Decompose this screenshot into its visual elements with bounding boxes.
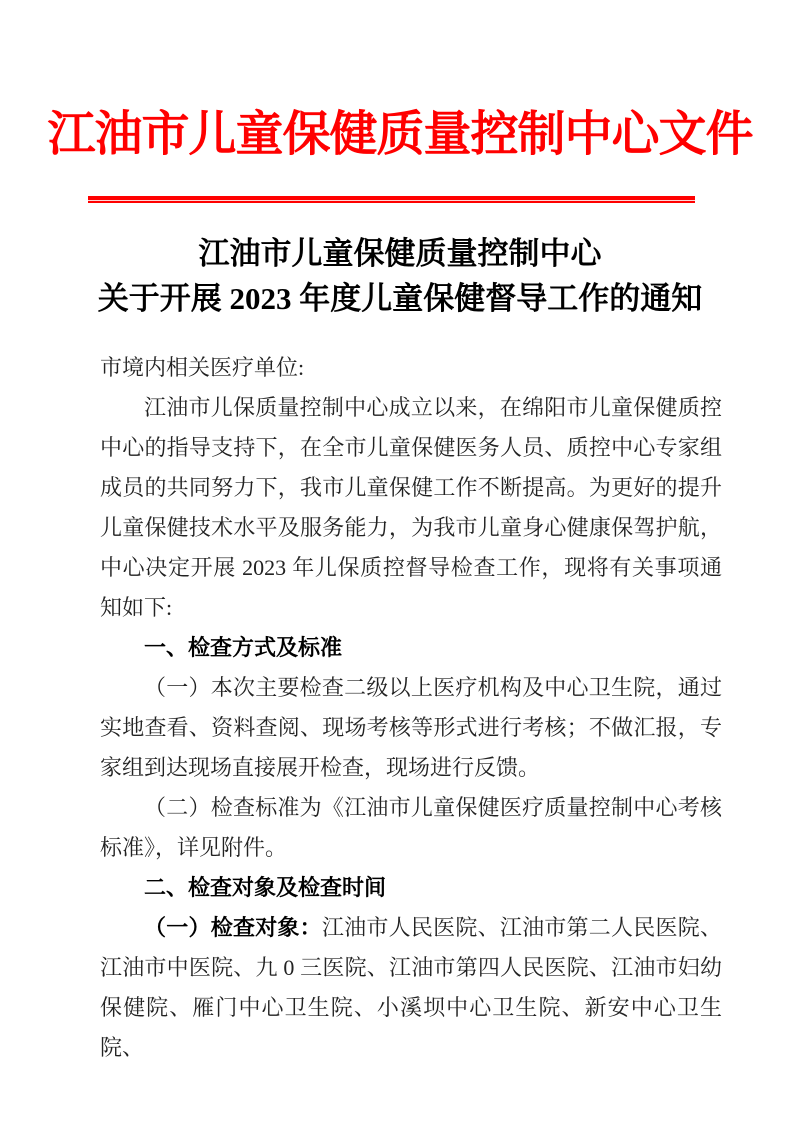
document-title-line1: 江油市儿童保健质量控制中心 bbox=[199, 236, 602, 271]
inspection-targets-label: （一）检查对象： bbox=[144, 915, 322, 940]
section-1-heading: 一、检查方式及标准 bbox=[100, 628, 722, 668]
document-title-line2: 关于开展 2023 年度儿童保健督导工作的通知 bbox=[98, 281, 703, 316]
red-divider-thin-stripe bbox=[88, 201, 695, 203]
salutation: 市境内相关医疗单位: bbox=[100, 348, 722, 388]
intro-paragraph: 江油市儿保质量控制中心成立以来，在绵阳市儿童保健质控中心的指导支持下，在全市儿童… bbox=[100, 388, 722, 628]
document-title: 江油市儿童保健质量控制中心 关于开展 2023 年度儿童保健督导工作的通知 bbox=[40, 231, 760, 321]
document-body: 市境内相关医疗单位: 江油市儿保质量控制中心成立以来，在绵阳市儿童保健质控中心的… bbox=[100, 348, 722, 1068]
document-page: 江油市儿童保健质量控制中心文件 江油市儿童保健质量控制中心 关于开展 2023 … bbox=[0, 0, 800, 1131]
section-1-item-1: （一）本次主要检查二级以上医疗机构及中心卫生院，通过实地查看、资料查阅、现场考核… bbox=[100, 668, 722, 788]
section-1-item-2: （二）检查标准为《江油市儿童保健医疗质量控制中心考核标准》，详见附件。 bbox=[100, 788, 722, 868]
section-2-item-1: （一）检查对象：江油市人民医院、江油市第二人民医院、江油市中医院、九 0 三医院… bbox=[100, 908, 722, 1068]
red-letterhead-title: 江油市儿童保健质量控制中心文件 bbox=[30, 104, 770, 166]
section-2-heading: 二、检查对象及检查时间 bbox=[100, 868, 722, 908]
red-divider-line bbox=[88, 196, 695, 203]
